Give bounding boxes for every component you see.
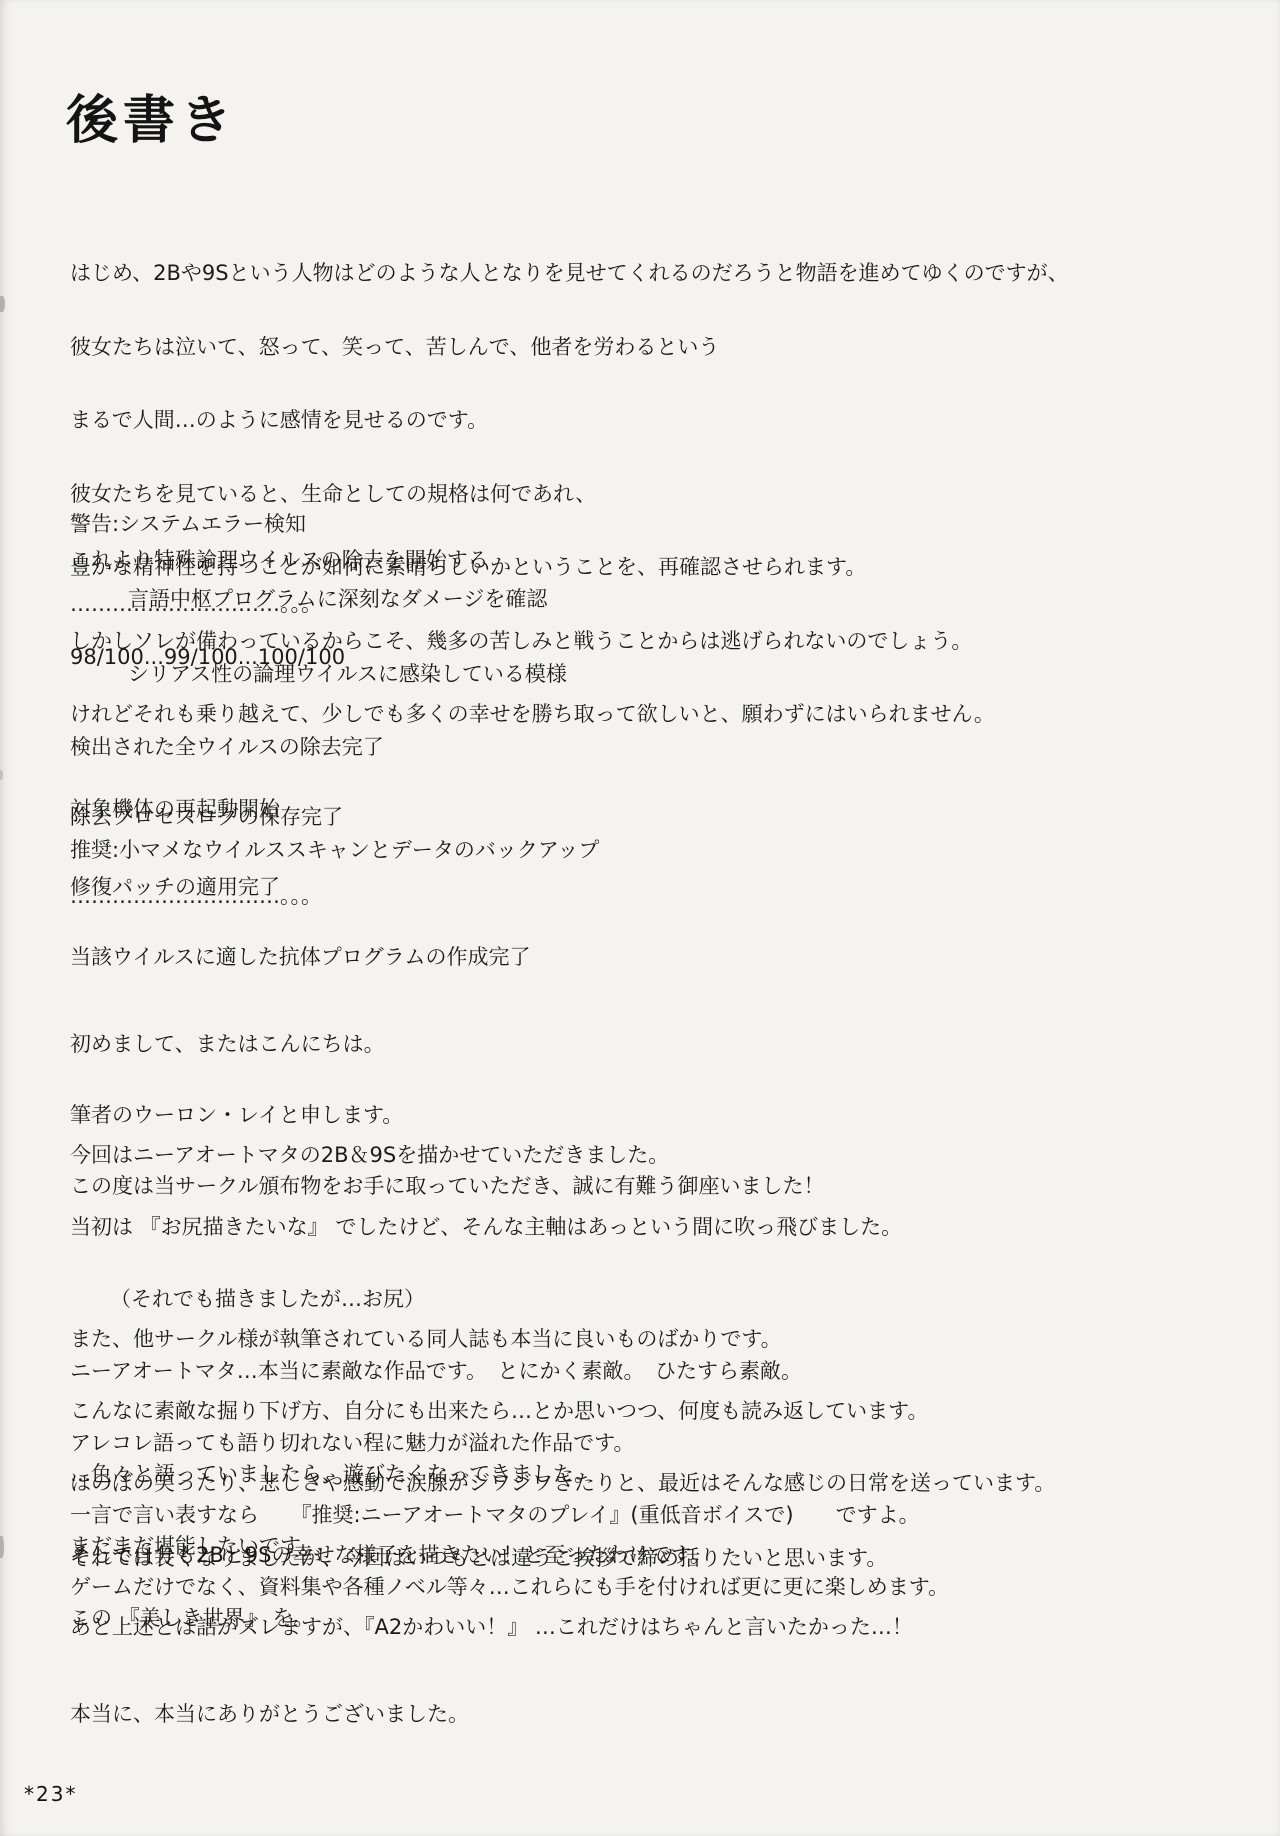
final-thanks-line: 本当に、本当にありがとうございました。 (70, 1702, 469, 1726)
reboot-line: 対象機体の再起動開始 (70, 797, 280, 821)
text-line: 今回はニーアオートマタの2B＆9Sを描かせていただきました。 (70, 1143, 949, 1167)
text-line: まるで人間…のように感情を見せるのです。 (70, 408, 1069, 434)
virus-removal-start-line: これより特殊論理ウイルスの除去を開始する (70, 548, 489, 572)
text-line: 当初は 『お尻描きたいな』 でしたけど、そんな主軸はあっという間に吹っ飛びました… (70, 1215, 949, 1239)
progress-line: 98/100...99/100...100/100 (70, 645, 345, 669)
recommendation-line: 推奨:小マメなウイルススキャンとデータのバックアップ (70, 838, 599, 862)
scan-artifact (0, 1536, 4, 1558)
page-title: 後書き (66, 78, 237, 153)
scan-artifact (0, 296, 5, 312)
text-line: 検出された全ウイルスの除去完了 (70, 736, 531, 760)
scan-artifact (0, 770, 3, 780)
text-line: 初めまして、またはこんにちは。 (70, 1033, 825, 1057)
text-line: はじめ、2Bや9Sという人物はどのような人となりを見せてくれるのだろうと物語を進… (70, 261, 1069, 287)
scanned-afterword-page: 後書き はじめ、2Bや9Sという人物はどのような人となりを見せてくれるのだろうと… (0, 0, 1280, 1836)
closing-transition-line: それでは長くなりましたが、今回はいつもとは違うご挨拶で締め括りたいと思います。 (70, 1546, 887, 1570)
text-line: 当該ウイルスに適した抗体プログラムの作成完了 (70, 946, 531, 970)
text-line: …色々と語っていましたら、遊びたくなってきました。 (70, 1462, 595, 1486)
text-line: 彼女たちは泣いて、怒って、笑って、苦しんで、他者を労わるという (70, 335, 1069, 361)
dots-line: …………………………。。。 (70, 592, 322, 616)
page-number: *23* (24, 1782, 77, 1806)
text-line: この 『美しき世界』 を。 (70, 1606, 595, 1630)
dots-line: …………………………。。。 (70, 884, 322, 908)
text-line: 警告:システムエラー検知 (70, 512, 567, 537)
text-line: また、他サークル様が執筆されている同人誌も本当に良いものばかりです。 (70, 1327, 1055, 1351)
